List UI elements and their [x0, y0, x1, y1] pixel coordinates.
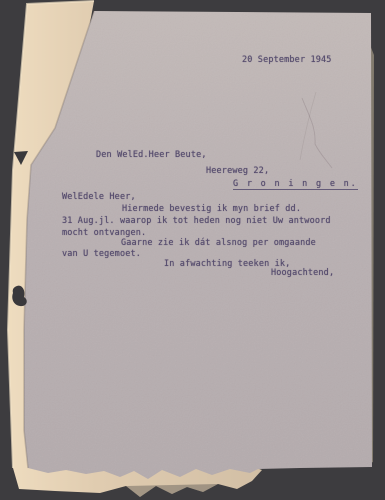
signoff-line: Hoogachtend, — [271, 269, 334, 278]
letter-date: 20 September 1945 — [242, 56, 332, 65]
body-line-3: mocht ontvangen. — [62, 229, 146, 238]
scanned-letter-photo: 20 September 1945 Den WelEd.Heer Beute, … — [0, 0, 385, 500]
recipient-name-line: Den WelEd.Heer Beute, — [96, 151, 207, 160]
body-line-2: 31 Aug.jl. waarop ik tot heden nog niet … — [62, 217, 331, 226]
salutation-line: WelEdele Heer, — [62, 193, 136, 202]
recipient-city-line: G r o n i n g e n. — [233, 180, 358, 190]
recipient-street-line: Heereweg 22, — [206, 167, 269, 176]
body-line-5: van U tegemoet. — [62, 250, 141, 259]
body-line-4: Gaarne zie ik dát alsnog per omgaande — [121, 239, 316, 248]
letter-text-layer: 20 September 1945 Den WelEd.Heer Beute, … — [0, 0, 385, 500]
body-line-1: Hiermede bevestig ik myn brief dd. — [122, 205, 301, 214]
